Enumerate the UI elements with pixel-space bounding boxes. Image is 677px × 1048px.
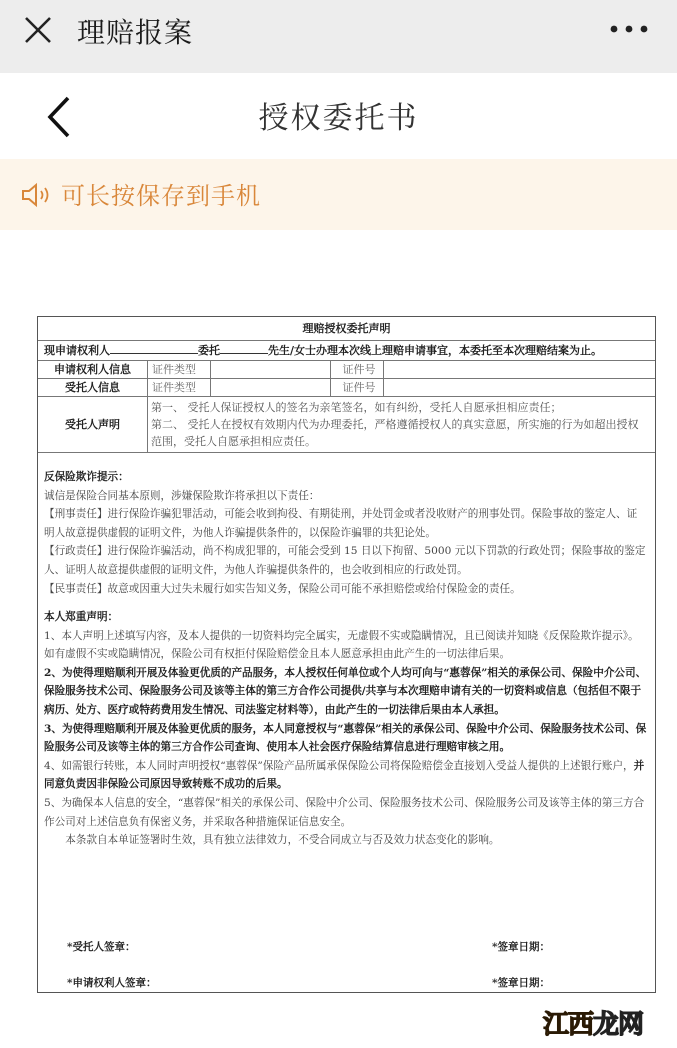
more-icon[interactable]: [609, 22, 649, 36]
applicant-name-blank: [110, 342, 198, 354]
anti-fraud-intro: 诚信是保险合同基本原则，涉嫌保险欺诈将承担以下责任：: [44, 487, 647, 506]
id-type-label: 证件类型: [148, 379, 211, 396]
app-top-bar: 理赔报案: [0, 0, 677, 73]
trustee-name-blank: [220, 342, 268, 354]
solemn-statement-section: 本人郑重声明： 1、本人声明上述填写内容，及本人提供的一切资料均完全属实，无虚假…: [44, 608, 647, 850]
civil-liability: 【民事责任】故意或因重大过失未履行如实告知义务，保险公司可能不承担赔偿或给付保险…: [44, 580, 647, 599]
trustee-info-row: 受托人信息 证件类型 证件号: [38, 379, 655, 397]
save-tip-banner: 可长按保存到手机: [0, 159, 677, 230]
id-type-value: [211, 379, 331, 396]
trustee-declaration-row: 受托人声明 第一、 受托人保证授权人的签名为亲笔签名，如有纠纷，受托人自愿承担相…: [38, 397, 655, 453]
statement-effective: 本条款自本单证签署时生效，具有独立法律效力，不受合同成立与否及效力状态变化的影响…: [44, 831, 647, 850]
id-type-value: [211, 361, 331, 378]
declaration-line-2: 第二、 受托人在授权有效期内代为办理委托，严格遵循授权人的真实意愿，所实施的行为…: [151, 416, 649, 450]
intro-part3: 先生/女士办理本次线上理赔申请事宜，本委托至本次理赔结案为止。: [268, 344, 602, 357]
statement-item-5: 5、为确保本人信息的安全，“惠蓉保”相关的承保公司、保险中介公司、保险服务技术公…: [44, 794, 647, 831]
authorization-document[interactable]: 理赔授权委托声明 现申请权利人委托先生/女士办理本次线上理赔申请事宜，本委托至本…: [37, 316, 656, 993]
anti-fraud-heading: 反保险欺诈提示：: [44, 468, 647, 487]
app-title: 理赔报案: [77, 11, 193, 51]
id-number-value: [384, 379, 655, 396]
statement-item-2: 2、为使得理赔顺利开展及体验更优质的产品服务，本人授权任何单位或个人均可向与“惠…: [44, 664, 647, 720]
criminal-liability: 【刑事责任】进行保险诈骗犯罪活动，可能会收到拘役、有期徒刑，并处罚金或者没收财产…: [44, 505, 647, 542]
id-type-label: 证件类型: [148, 361, 211, 378]
save-tip-text: 可长按保存到手机: [61, 176, 261, 211]
intro-part1: 现申请权利人: [44, 344, 110, 357]
statement-item-3: 3、为使得理赔顺利开展及体验更优质的服务，本人同意授权与“惠蓉保”相关的承保公司…: [44, 720, 647, 757]
intro-line: 现申请权利人委托先生/女士办理本次线上理赔申请事宜，本委托至本次理赔结案为止。: [38, 341, 655, 361]
intro-part2: 委托: [198, 344, 220, 357]
statement-item-1: 1、本人声明上述填写内容，及本人提供的一切资料均完全属实，无虚假不实或隐瞒情况，…: [44, 627, 647, 664]
statement-item-4: 4、如需银行转账，本人同时声明授权“惠蓉保”保险产品所属承保保险公司将保险赔偿金…: [44, 757, 647, 794]
applicant-info-row: 申请权利人信息 证件类型 证件号: [38, 361, 655, 379]
statement-item-4-normal: 4、如需银行转账，本人同时声明授权“惠蓉保”保险产品所属承保保险公司将保险赔偿金…: [44, 760, 634, 772]
trustee-declaration-text: 第一、 受托人保证授权人的签名为亲笔签名，如有纠纷，受托人自愿承担相应责任； 第…: [149, 399, 649, 450]
watermark-part2: 龙网: [593, 1010, 643, 1040]
watermark-part1: 江西: [543, 1010, 593, 1040]
applicant-date-label: *签章日期：: [492, 975, 550, 990]
trustee-info-label: 受托人信息: [38, 379, 148, 396]
anti-fraud-section: 反保险欺诈提示： 诚信是保险合同基本原则，涉嫌保险欺诈将承担以下责任： 【刑事责…: [44, 468, 647, 598]
id-number-value: [384, 361, 655, 378]
trustee-date-label: *签章日期：: [492, 939, 550, 954]
id-number-label: 证件号: [331, 361, 384, 378]
applicant-info-label: 申请权利人信息: [38, 361, 148, 378]
trustee-declaration-label: 受托人声明: [38, 397, 148, 452]
declaration-line-1: 第一、 受托人保证授权人的签名为亲笔签名，如有纠纷，受托人自愿承担相应责任；: [151, 399, 649, 416]
speaker-icon: [20, 182, 52, 208]
applicant-signature-label: *申请权利人签章：: [67, 975, 157, 990]
id-number-label: 证件号: [331, 379, 384, 396]
site-watermark: 江西龙网: [543, 1004, 643, 1041]
statement-heading: 本人郑重声明：: [44, 608, 647, 627]
page-header: 授权委托书: [0, 73, 677, 159]
close-icon[interactable]: [22, 14, 54, 46]
document-title: 理赔授权委托声明: [38, 317, 655, 341]
administrative-liability: 【行政责任】进行保险诈骗活动，尚不构成犯罪的，可能会受到 15 日以下拘留、50…: [44, 542, 647, 579]
page-title: 授权委托书: [0, 93, 677, 137]
trustee-signature-label: *受托人签章：: [67, 939, 136, 954]
